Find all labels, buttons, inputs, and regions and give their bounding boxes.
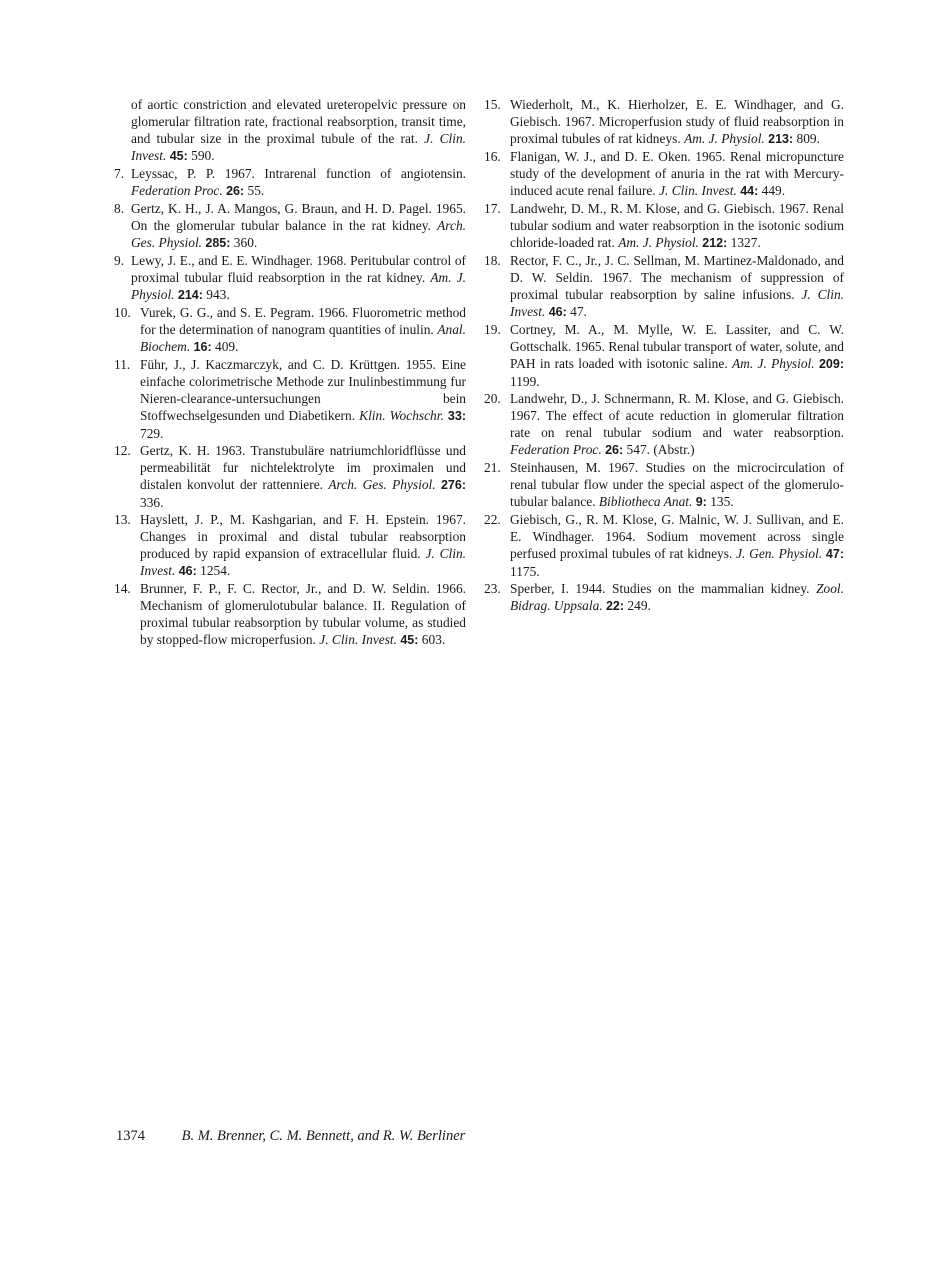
reference-volume: 22 (606, 599, 620, 613)
volume-colon: : (184, 149, 188, 163)
reference-volume: 26 (226, 184, 240, 198)
reference-text: Sperber, I. 1944. Studies on the mammali… (510, 581, 810, 596)
reference-volume: 44 (740, 184, 754, 198)
reference-journal: Klin. Wochschr. (359, 408, 444, 423)
reference-pages: 449. (762, 183, 785, 198)
reference-pages: 590. (191, 148, 214, 163)
reference-item: 22.Giebisch, G., R. M. Klose, G. Malnic,… (484, 511, 844, 580)
reference-item: 15.Wiederholt, M., K. Hierholzer, E. E. … (484, 96, 844, 148)
volume-colon: : (462, 478, 466, 492)
reference-item: 8.Gertz, K. H., J. A. Mangos, G. Braun, … (114, 200, 466, 252)
reference-number: 16. (484, 148, 501, 165)
reference-pages: 603. (422, 632, 445, 647)
reference-pages: 360. (234, 235, 257, 250)
volume-colon: : (193, 564, 197, 578)
reference-journal: J. Gen. Physiol. (736, 546, 822, 561)
reference-number: 17. (484, 200, 501, 217)
reference-text: Vurek, G. G., and S. E. Pegram. 1966. Fl… (140, 305, 466, 337)
reference-number: 14. (114, 580, 131, 597)
reference-text: Gertz, K. H., J. A. Mangos, G. Braun, an… (131, 201, 466, 233)
volume-colon: : (703, 495, 707, 509)
reference-volume: 213 (768, 132, 789, 146)
left-reference-list: 7.Leyssac, P. P. 1967. Intrarenal functi… (114, 165, 466, 649)
reference-text: Landwehr, D., J. Schnermann, R. M. Klose… (510, 391, 844, 440)
reference-pages: 336. (140, 495, 163, 510)
volume-colon: : (840, 357, 844, 371)
right-reference-column: 15.Wiederholt, M., K. Hierholzer, E. E. … (484, 96, 844, 615)
reference-pages: 547. (Abstr.) (627, 442, 695, 457)
reference-volume: 214 (178, 288, 199, 302)
reference-number: 9. (114, 252, 124, 269)
volume-colon: : (414, 633, 418, 647)
reference-text: of aortic constriction and elevated uret… (131, 97, 466, 146)
reference-item: 20.Landwehr, D., J. Schnermann, R. M. Kl… (484, 390, 844, 459)
reference-item: 23.Sperber, I. 1944. Studies on the mamm… (484, 580, 844, 615)
reference-number: 21. (484, 459, 501, 476)
reference-item: 16.Flanigan, W. J., and D. E. Oken. 1965… (484, 148, 844, 200)
left-reference-column: of aortic constriction and elevated uret… (114, 96, 466, 649)
reference-volume: 47 (826, 547, 840, 561)
reference-pages: 809. (797, 131, 820, 146)
reference-number: 18. (484, 252, 501, 269)
reference-text: Rector, F. C., Jr., J. C. Sellman, M. Ma… (510, 253, 844, 302)
reference-item: 7.Leyssac, P. P. 1967. Intrarenal functi… (114, 165, 466, 200)
reference-number: 11. (114, 356, 130, 373)
reference-pages: 135. (710, 494, 733, 509)
volume-colon: : (723, 236, 727, 250)
volume-colon: : (199, 288, 203, 302)
running-authors: B. M. Brenner, C. M. Bennett, and R. W. … (182, 1128, 466, 1144)
reference-pages: 1199. (510, 374, 540, 389)
reference-item: 10.Vurek, G. G., and S. E. Pegram. 1966.… (114, 304, 466, 356)
reference-text: Wiederholt, M., K. Hierholzer, E. E. Win… (510, 97, 844, 146)
reference-text: Lewy, J. E., and E. E. Windhager. 1968. … (131, 253, 466, 285)
reference-journal: Am. J. Physiol. (684, 131, 765, 146)
reference-volume: 209 (819, 357, 840, 371)
reference-journal: Am. J. Physiol. (732, 356, 815, 371)
volume-colon: : (207, 340, 211, 354)
reference-journal: J. Clin. Invest. (319, 632, 397, 647)
volume-colon: : (226, 236, 230, 250)
volume-colon: : (240, 184, 244, 198)
reference-volume: 212 (702, 236, 723, 250)
reference-pages: 1327. (731, 235, 761, 250)
reference-item: 11.Führ, J., J. Kaczmarczyk, and C. D. K… (114, 356, 466, 442)
reference-pages: 1254. (200, 563, 230, 578)
reference-pages: 1175. (510, 564, 540, 579)
reference-item: 18.Rector, F. C., Jr., J. C. Sellman, M.… (484, 252, 844, 321)
reference-volume: 33 (448, 409, 462, 423)
reference-item: 19.Cortney, M. A., M. Mylle, W. E. Lassi… (484, 321, 844, 390)
reference-pages: 943. (206, 287, 229, 302)
reference-number: 7. (114, 165, 124, 182)
reference-pages: 55. (248, 183, 265, 198)
reference-journal: Am. J. Physiol. (618, 235, 699, 250)
page-footer: 1374 B. M. Brenner, C. M. Bennett, and R… (116, 1128, 465, 1145)
reference-number: 23. (484, 580, 501, 597)
volume-colon: : (789, 132, 793, 146)
reference-journal: Bibliotheca Anat. (599, 494, 692, 509)
reference-number: 13. (114, 511, 131, 528)
volume-colon: : (754, 184, 758, 198)
reference-text: Hayslett, J. P., M. Kashgarian, and F. H… (140, 512, 466, 561)
reference-text: Brunner, F. P., F. C. Rector, Jr., and D… (140, 581, 466, 647)
reference-item: 14.Brunner, F. P., F. C. Rector, Jr., an… (114, 580, 466, 649)
volume-colon: : (462, 409, 466, 423)
reference-journal: Arch. Ges. Physiol. (328, 477, 435, 492)
reference-pages: 47. (570, 304, 587, 319)
reference-journal: Federation Proc. (510, 442, 602, 457)
reference-volume: 16 (194, 340, 208, 354)
reference-text: Leyssac, P. P. 1967. Intrarenal function… (131, 166, 466, 181)
reference-number: 19. (484, 321, 501, 338)
reference-volume: 45 (170, 149, 184, 163)
reference-number: 15. (484, 96, 501, 113)
page-number: 1374 (116, 1128, 178, 1145)
volume-colon: : (620, 599, 624, 613)
reference-volume: 285 (205, 236, 226, 250)
reference-pages: 409. (215, 339, 238, 354)
reference-number: 10. (114, 304, 131, 321)
reference-volume: 26 (605, 443, 619, 457)
reference-item: 9.Lewy, J. E., and E. E. Windhager. 1968… (114, 252, 466, 304)
reference-number: 8. (114, 200, 124, 217)
reference-pages: 249. (627, 598, 650, 613)
right-reference-list: 15.Wiederholt, M., K. Hierholzer, E. E. … (484, 96, 844, 615)
volume-colon: : (619, 443, 623, 457)
reference-pages: 729. (140, 426, 163, 441)
reference-item: 17.Landwehr, D. M., R. M. Klose, and G. … (484, 200, 844, 252)
reference-number: 12. (114, 442, 131, 459)
reference-volume: 9 (696, 495, 703, 509)
volume-colon: : (840, 547, 844, 561)
reference-number: 20. (484, 390, 501, 407)
reference-volume: 276 (441, 478, 462, 492)
volume-colon: : (563, 305, 567, 319)
reference-journal: J. Clin. Invest. (659, 183, 737, 198)
reference-journal: Federation Proc. (131, 183, 223, 198)
reference-item: 12.Gertz, K. H. 1963. Transtubuläre natr… (114, 442, 466, 511)
reference-continuation: of aortic constriction and elevated uret… (114, 96, 466, 165)
reference-item: 21.Steinhausen, M. 1967. Studies on the … (484, 459, 844, 511)
reference-item: 13.Hayslett, J. P., M. Kashgarian, and F… (114, 511, 466, 580)
reference-number: 22. (484, 511, 501, 528)
reference-volume: 46 (549, 305, 563, 319)
reference-volume: 45 (400, 633, 414, 647)
reference-volume: 46 (179, 564, 193, 578)
